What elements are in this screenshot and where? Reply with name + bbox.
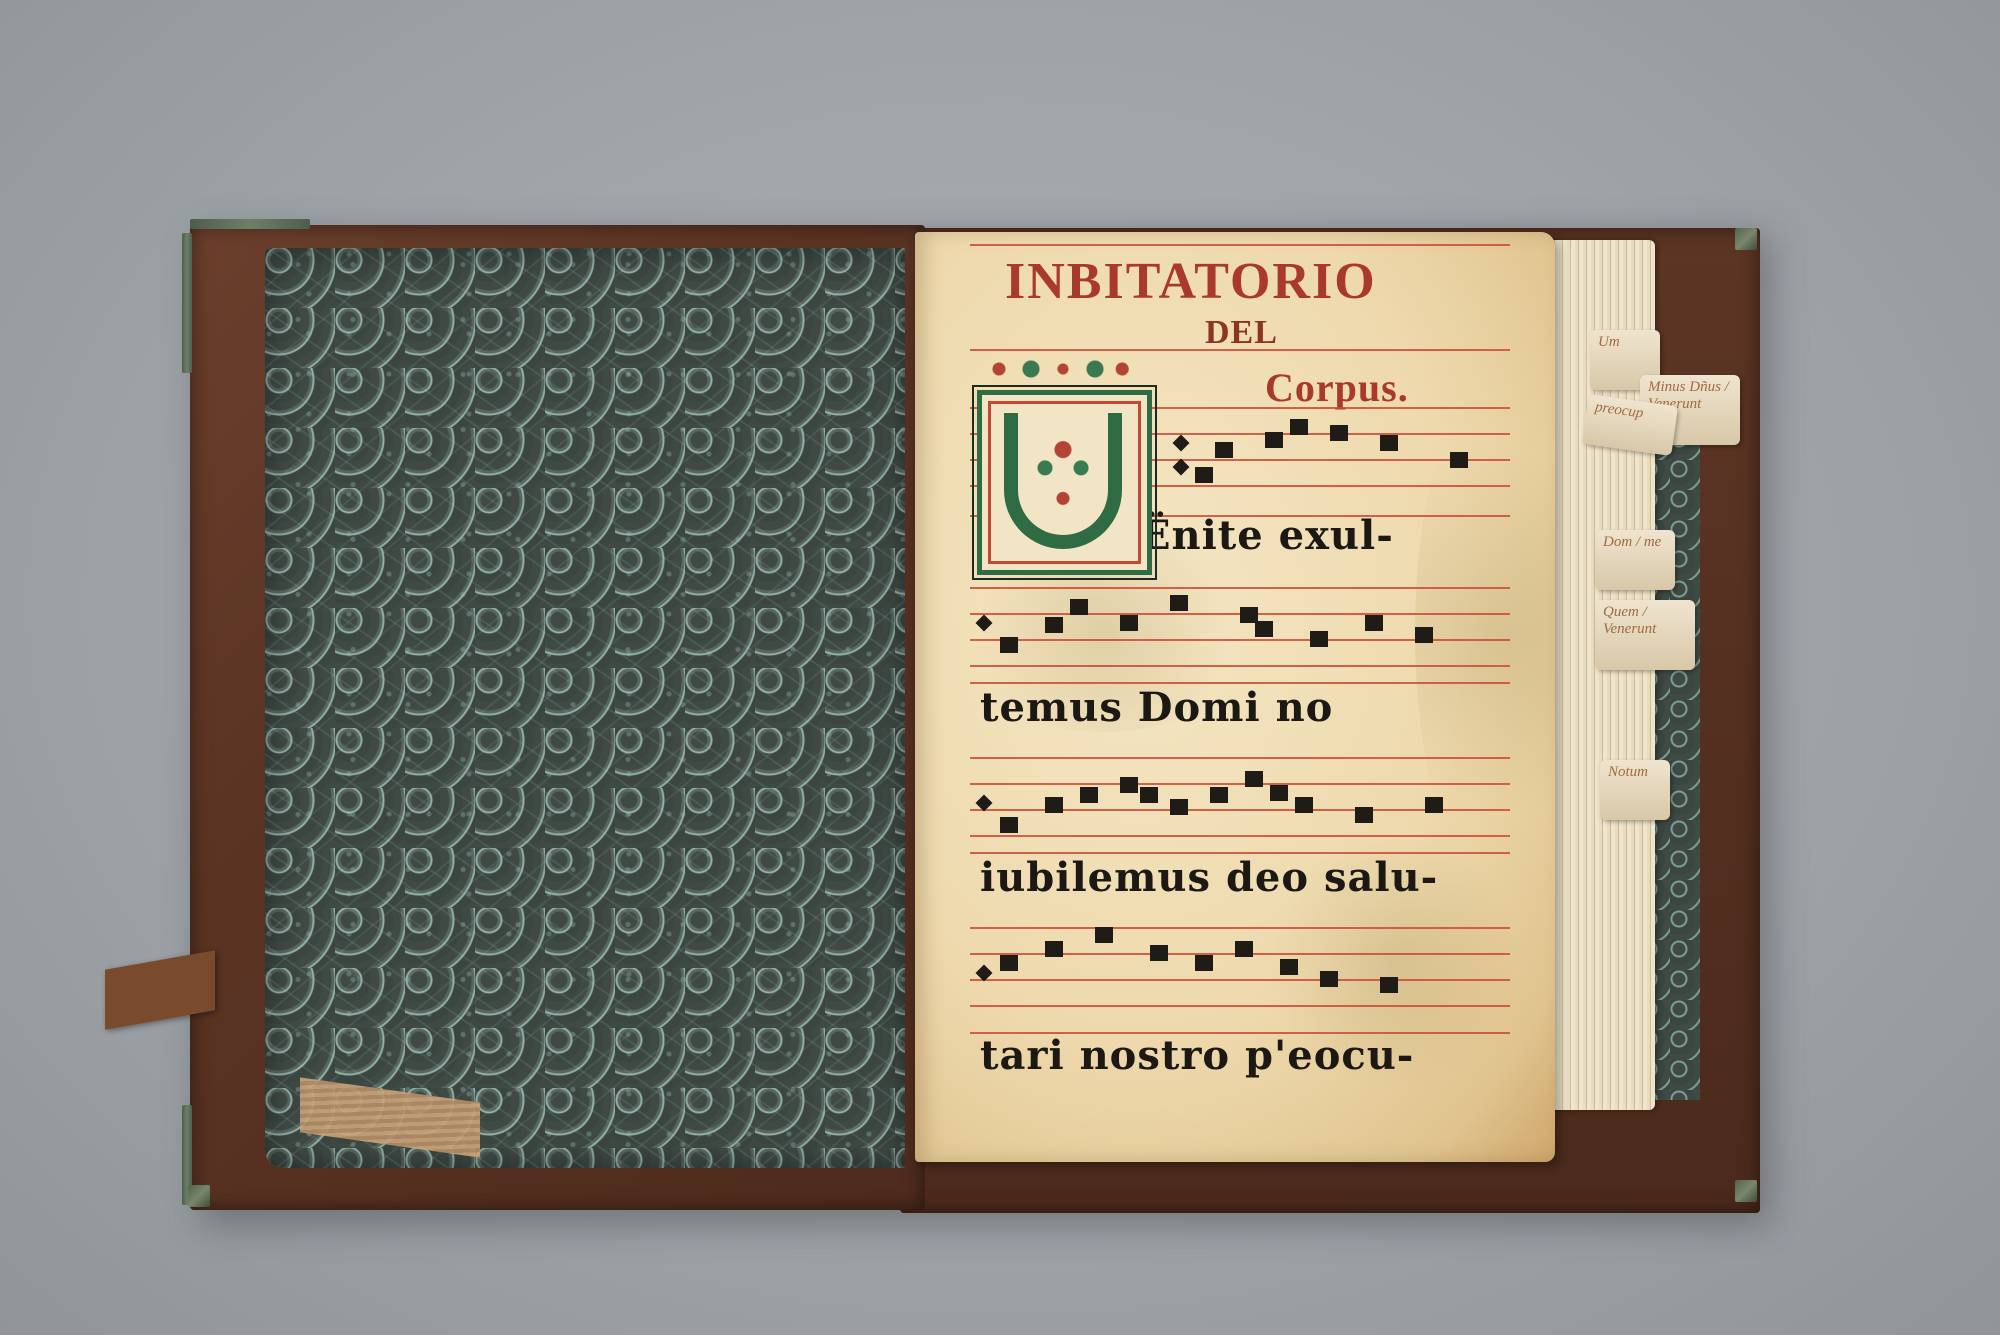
page-tab[interactable]: Dom / me — [1595, 530, 1675, 590]
neume-icon — [1210, 787, 1228, 803]
neume-icon — [1310, 631, 1328, 647]
neume-icon — [1450, 452, 1468, 468]
neume-icon — [1170, 595, 1188, 611]
neume-icon — [1000, 637, 1018, 653]
neume-icon — [1320, 971, 1338, 987]
floral-ornament-icon — [975, 354, 1135, 384]
illuminated-initial-v — [977, 390, 1152, 575]
neume-icon — [1150, 945, 1168, 961]
lyric-line-2: temus Domi no — [980, 684, 1333, 731]
neume-icon — [1195, 467, 1213, 483]
vellum-page: INBITATORIO DEL Corpus. Ënite exul- — [915, 232, 1555, 1162]
neume-icon — [1140, 787, 1158, 803]
neume-icon — [1045, 941, 1063, 957]
neume-icon — [1120, 615, 1138, 631]
page-tab[interactable]: Quem / Venerunt — [1595, 600, 1695, 670]
neume-icon — [1380, 977, 1398, 993]
metal-corner-icon — [188, 1185, 210, 1207]
neume-icon — [1170, 799, 1188, 815]
neume-icon — [1255, 621, 1273, 637]
lyric-line-4: tari nostro p'eocu- — [980, 1032, 1414, 1079]
metal-corner-icon — [1735, 1180, 1757, 1202]
neume-icon — [1000, 817, 1018, 833]
lyric-line-3: iubilemus deo salu- — [980, 854, 1438, 901]
title-line-3: Corpus. — [1265, 364, 1409, 411]
neume-icon — [1280, 959, 1298, 975]
neume-icon — [1000, 955, 1018, 971]
neume-icon — [1120, 777, 1138, 793]
neume-icon — [1415, 627, 1433, 643]
page-tab[interactable]: Notum — [1600, 760, 1670, 820]
neume-icon — [1330, 425, 1348, 441]
corner-clasp-icon — [182, 233, 192, 373]
neume-icon — [1095, 927, 1113, 943]
neume-icon — [1380, 435, 1398, 451]
neume-icon — [1045, 617, 1063, 633]
neume-icon — [1045, 797, 1063, 813]
corner-clasp-icon — [190, 219, 310, 229]
lyric-line-1: Ënite exul- — [1140, 512, 1394, 559]
metal-corner-icon — [1735, 228, 1757, 250]
neume-icon — [1355, 807, 1373, 823]
neume-icon — [1173, 435, 1190, 452]
initial-letter-icon — [1004, 413, 1122, 549]
neume-icon — [1265, 432, 1283, 448]
photo-scene: Um Minus Dñus / Venerunt preocup Dom / m… — [0, 0, 2000, 1335]
neume-icon — [1080, 787, 1098, 803]
neume-icon — [1215, 442, 1233, 458]
neume-icon — [1425, 797, 1443, 813]
neume-icon — [1235, 941, 1253, 957]
neume-icon — [1173, 459, 1190, 476]
neume-icon — [1195, 955, 1213, 971]
marbled-endpaper — [265, 248, 905, 1168]
title-line-2: DEL — [1205, 314, 1278, 352]
title-line-1: INBITATORIO — [1005, 252, 1377, 311]
neume-icon — [1295, 797, 1313, 813]
neume-icon — [1365, 615, 1383, 631]
neume-icon — [1070, 599, 1088, 615]
neume-icon — [1270, 785, 1288, 801]
neume-icon — [1290, 419, 1308, 435]
neume-icon — [1245, 771, 1263, 787]
